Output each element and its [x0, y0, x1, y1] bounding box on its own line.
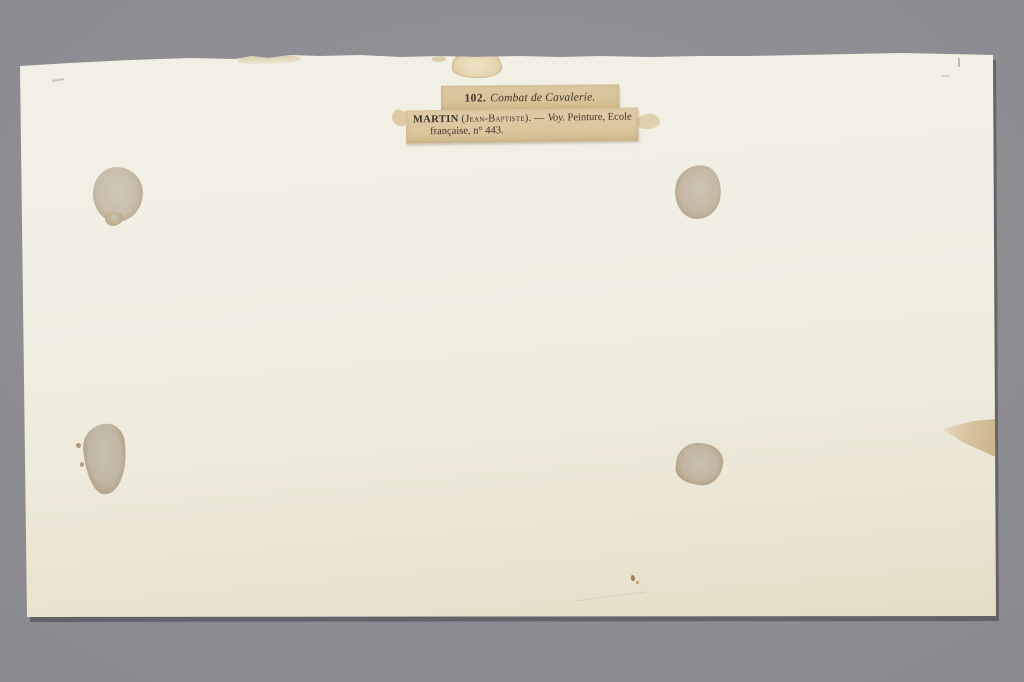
- artist-surname: MARTIN: [413, 114, 459, 126]
- see-abbreviation: Voy.: [548, 112, 565, 123]
- reference-text: Peinture, Ecole: [565, 112, 632, 124]
- artist-reference-label: MARTIN (Jean-Baptiste). — Voy. Peinture,…: [406, 107, 638, 143]
- artist-given-name: (Jean-Baptiste). —: [459, 113, 548, 125]
- glue-residue: [635, 113, 660, 130]
- stain-upper-right: [671, 162, 725, 223]
- paper-speck: [631, 575, 635, 581]
- torn-edge-chip: [432, 56, 446, 62]
- artist-reference-line1: MARTIN (Jean-Baptiste). — Voy. Peinture,…: [406, 107, 638, 126]
- surface-scratch: [958, 58, 960, 67]
- paper-speck: [76, 443, 81, 448]
- stain-lower-left: [82, 423, 129, 496]
- surface-scratch: [52, 78, 64, 82]
- stain-right-edge: [942, 418, 996, 458]
- surface-scratch: [576, 592, 646, 602]
- artist-reference-line2: française, n° 443.: [406, 123, 638, 138]
- stain-top-edge: [452, 50, 502, 78]
- catalog-title-label: 102. Combat de Cavalerie.: [441, 84, 619, 111]
- surface-scratch: [941, 75, 950, 77]
- torn-edge-chip: [237, 53, 301, 65]
- paper-sheet-verso: 102. Combat de Cavalerie. MARTIN (Jean-B…: [0, 0, 1024, 682]
- catalog-number: 102.: [464, 92, 486, 104]
- stain-upper-left-tail: [105, 212, 123, 226]
- paper-speck: [80, 462, 84, 467]
- photograph-of-print-verso: 102. Combat de Cavalerie. MARTIN (Jean-B…: [0, 0, 1024, 682]
- artwork-title: Combat de Cavalerie.: [490, 91, 595, 104]
- stain-lower-right: [674, 441, 724, 487]
- paper-speck: [636, 581, 639, 584]
